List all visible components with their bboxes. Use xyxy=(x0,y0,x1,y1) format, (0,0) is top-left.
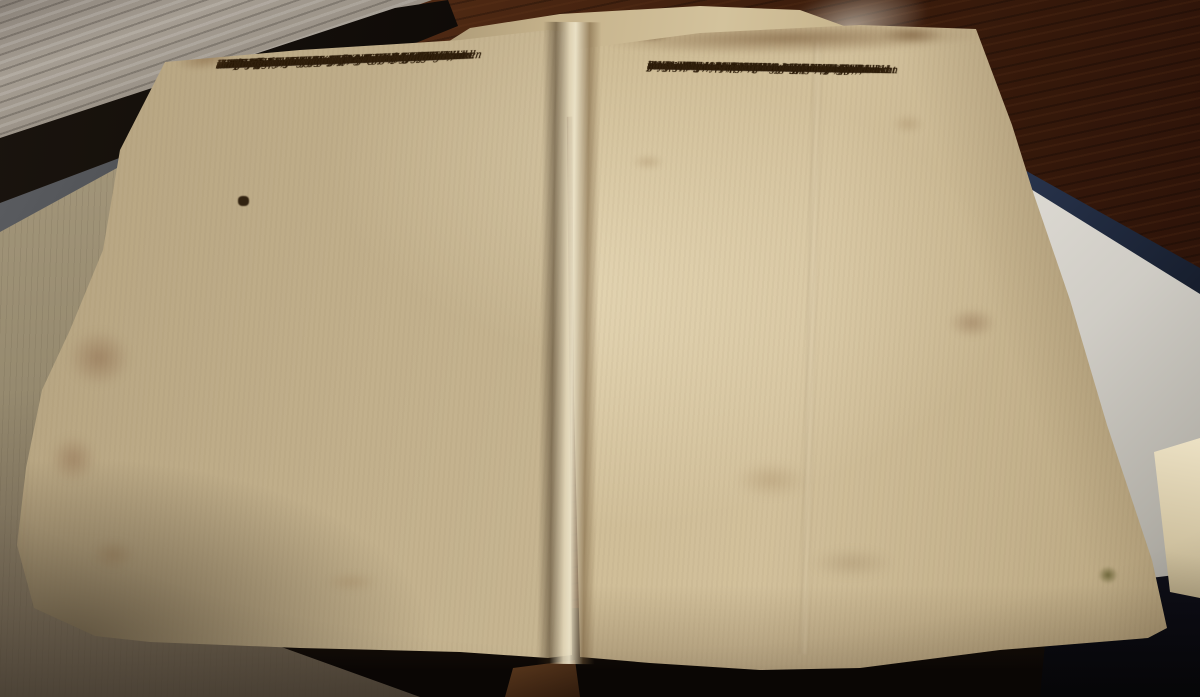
photo-vignette xyxy=(0,0,1200,697)
manuscript-photo: zu schilten vnd aller mordbrauchs, das i… xyxy=(0,0,1200,697)
